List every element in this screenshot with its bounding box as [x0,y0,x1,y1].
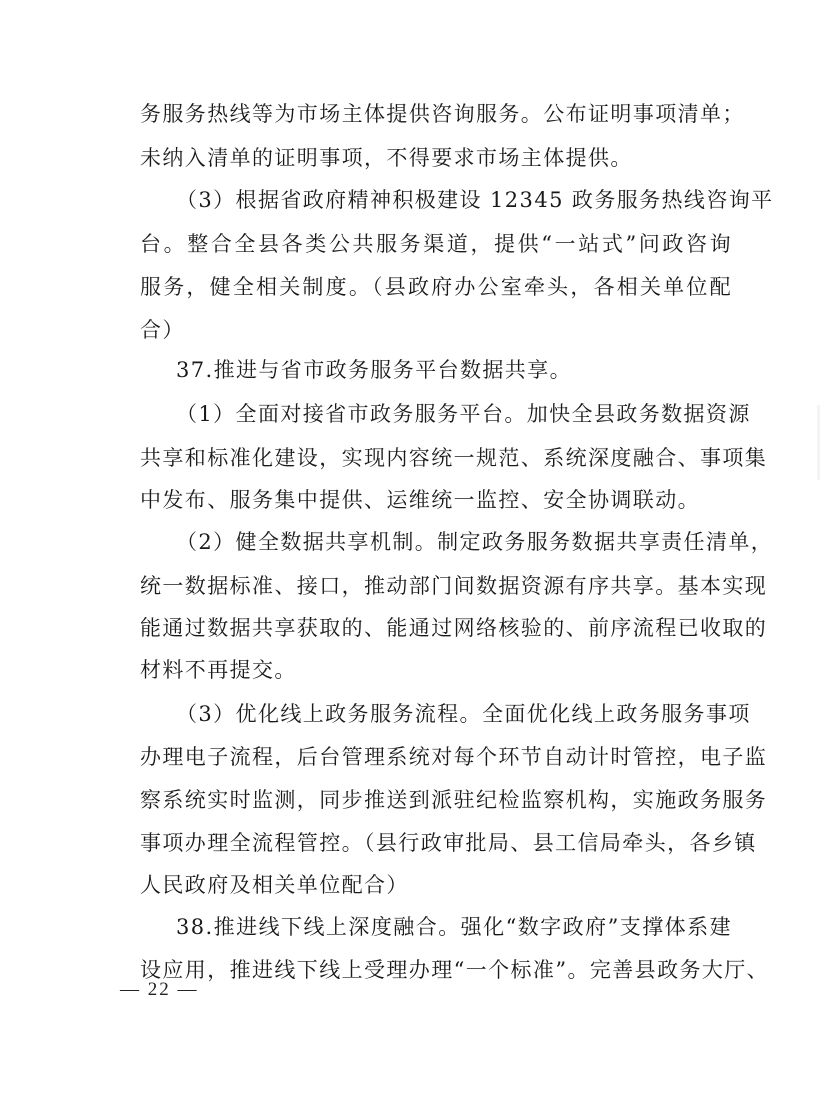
text-line-19: 人民政府及相关单位配合） [140,871,732,899]
text-line-9: 共享和标准化建设，实现内容统一规范、系统深度融合、事项集 [140,444,732,472]
text-line-11: （2）健全数据共享机制。制定政务服务数据共享责任清单， [176,528,732,556]
text-line-18: 事项办理全流程管控。（县行政审批局、县工信局牵头，各乡镇 [140,829,732,857]
document-page: 务服务热线等为市场主体提供咨询服务。公布证明事项清单； 未纳入清单的证明事项，不… [0,0,828,1104]
section-heading-38: 38.推进线下线上深度融合。强化“数字政府”支撑体系建 [176,913,732,941]
text-line-3: （3）根据省政府精神积极建设 12345 政务服务热线咨询平 [176,186,732,214]
text-line-16: 办理电子流程，后台管理系统对每个环节自动计时管控，电子监 [140,743,732,771]
text-line-2: 未纳入清单的证明事项，不得要求市场主体提供。 [140,144,732,172]
text-line-4: 台。整合全县各类公共服务渠道，提供“一站式”问政咨询 [140,230,732,258]
text-line-15: （3）优化线上政务服务流程。全面优化线上政务服务事项 [176,700,732,728]
text-line-17: 察系统实时监测，同步推送到派驻纪检监察机构，实施政务服务 [140,786,732,814]
text-line-6: 合） [140,316,732,344]
text-line-12: 统一数据标准、接口，推动部门间数据资源有序共享。基本实现 [140,572,732,600]
text-line-1: 务服务热线等为市场主体提供咨询服务。公布证明事项清单； [140,100,732,128]
scroll-edge-mark [817,405,820,480]
text-line-10: 中发布、服务集中提供、运维统一监控、安全协调联动。 [140,486,732,514]
text-line-8: （1）全面对接省市政务服务平台。加快全县政务数据资源 [176,400,732,428]
text-line-13: 能通过数据共享获取的、能通过网络核验的、前序流程已收取的 [140,614,732,642]
text-line-14: 材料不再提交。 [140,656,732,684]
text-line-5: 服务，健全相关制度。（县政府办公室牵头，各相关单位配 [140,273,732,301]
section-heading-37: 37.推进与省市政务服务平台数据共享。 [176,356,732,384]
text-line-21: 设应用，推进线下线上受理办理“一个标准”。完善县政务大厅、 [140,956,732,984]
page-number: — 22 — [120,978,199,1002]
